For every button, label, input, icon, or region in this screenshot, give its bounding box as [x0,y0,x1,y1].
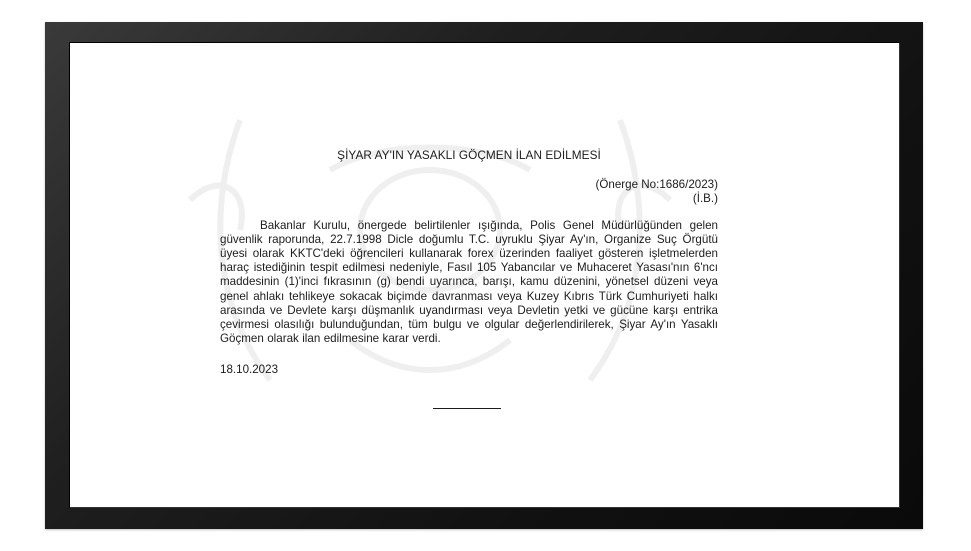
document-date: 18.10.2023 [220,363,718,377]
document-title: ŞİYAR AY'IN YASAKLI GÖÇMEN İLAN EDİLMESİ [220,148,718,162]
reference-initials: (İ.B.) [220,192,718,206]
signature-line [433,408,501,409]
document-body: Bakanlar Kurulu, önergede belirtilenler … [220,219,718,347]
reference-number: (Önerge No:1686/2023) [220,178,718,192]
document-content: ŞİYAR AY'IN YASAKLI GÖÇMEN İLAN EDİLMESİ… [220,148,718,378]
